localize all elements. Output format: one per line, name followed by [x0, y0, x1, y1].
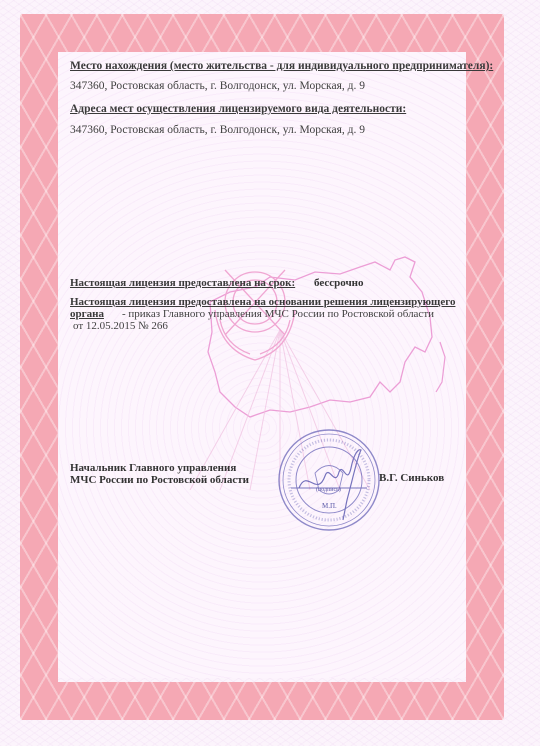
activity-address-header: Адреса мест осуществления лицензируемого… — [70, 103, 406, 115]
official-stamp-icon — [277, 428, 381, 532]
basis-header-line1: Настоящая лицензия предоставлена на осно… — [70, 296, 455, 308]
basis-header-line2: органа — [70, 308, 104, 320]
stamp-caption: М.П. — [322, 502, 337, 510]
term-header: Настоящая лицензия предоставлена на срок… — [70, 277, 295, 289]
signatory-title-line2: МЧС России по Ростовской области — [70, 474, 249, 486]
term-value: бессрочно — [314, 277, 364, 289]
signatory-title-line1: Начальник Главного управления — [70, 462, 236, 474]
document-body — [58, 52, 466, 678]
basis-value-line2: от 12.05.2015 № 266 — [73, 320, 168, 332]
signature-caption: (подпись) — [316, 487, 341, 493]
location-value: 347360, Ростовская область, г. Волгодонс… — [70, 80, 365, 92]
location-header: Место нахождения (место жительства - для… — [70, 60, 493, 72]
activity-address-value: 347360, Ростовская область, г. Волгодонс… — [70, 124, 365, 136]
basis-value-line1: - приказ Главного управления МЧС России … — [122, 308, 434, 320]
license-page: Место нахождения (место жительства - для… — [0, 0, 540, 746]
signatory-name: В.Г. Синьков — [379, 472, 444, 484]
